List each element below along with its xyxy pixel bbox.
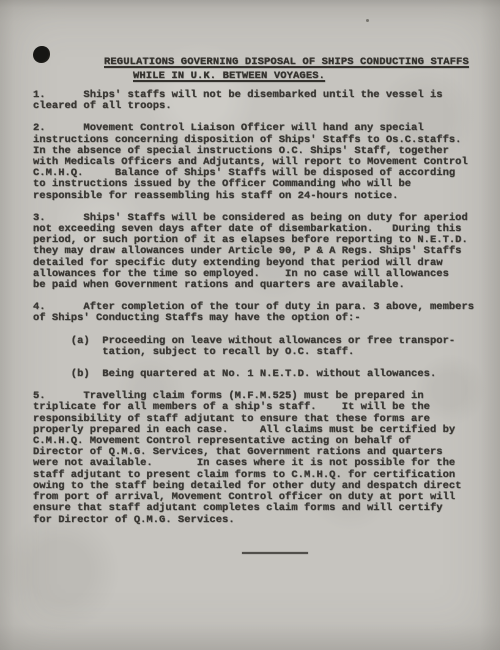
paragraph-4b: (b) Being quartered at No. 1 N.E.T.D. wi… bbox=[33, 369, 478, 380]
paragraph-4a: (a) Proceeding on leave without allowanc… bbox=[33, 336, 478, 358]
paragraph-3: 3. Ships' Staffs will be considered as b… bbox=[33, 213, 478, 291]
paragraph-1: 1. Ships' staffs will not be disembarked… bbox=[33, 90, 478, 112]
paper-speck bbox=[366, 19, 369, 22]
document-title-line-1: REGULATIONS GOVERNING DISPOSAL OF SHIPS … bbox=[104, 56, 469, 69]
scanned-document-page: REGULATIONS GOVERNING DISPOSAL OF SHIPS … bbox=[0, 0, 500, 650]
punch-hole-mark bbox=[33, 46, 50, 63]
paragraph-2: 2. Movement Control Liaison Officer will… bbox=[33, 123, 478, 201]
document-title-line-2: WHILE IN U.K. BETWEEN VOYAGES. bbox=[133, 70, 325, 83]
document-body: 1. Ships' staffs will not be disembarked… bbox=[33, 90, 478, 537]
end-of-document-rule bbox=[242, 552, 308, 554]
paragraph-4: 4. After completion of the tour of duty … bbox=[33, 302, 478, 324]
paragraph-5: 5. Travelling claim forms (M.F.M.525) mu… bbox=[33, 391, 478, 525]
